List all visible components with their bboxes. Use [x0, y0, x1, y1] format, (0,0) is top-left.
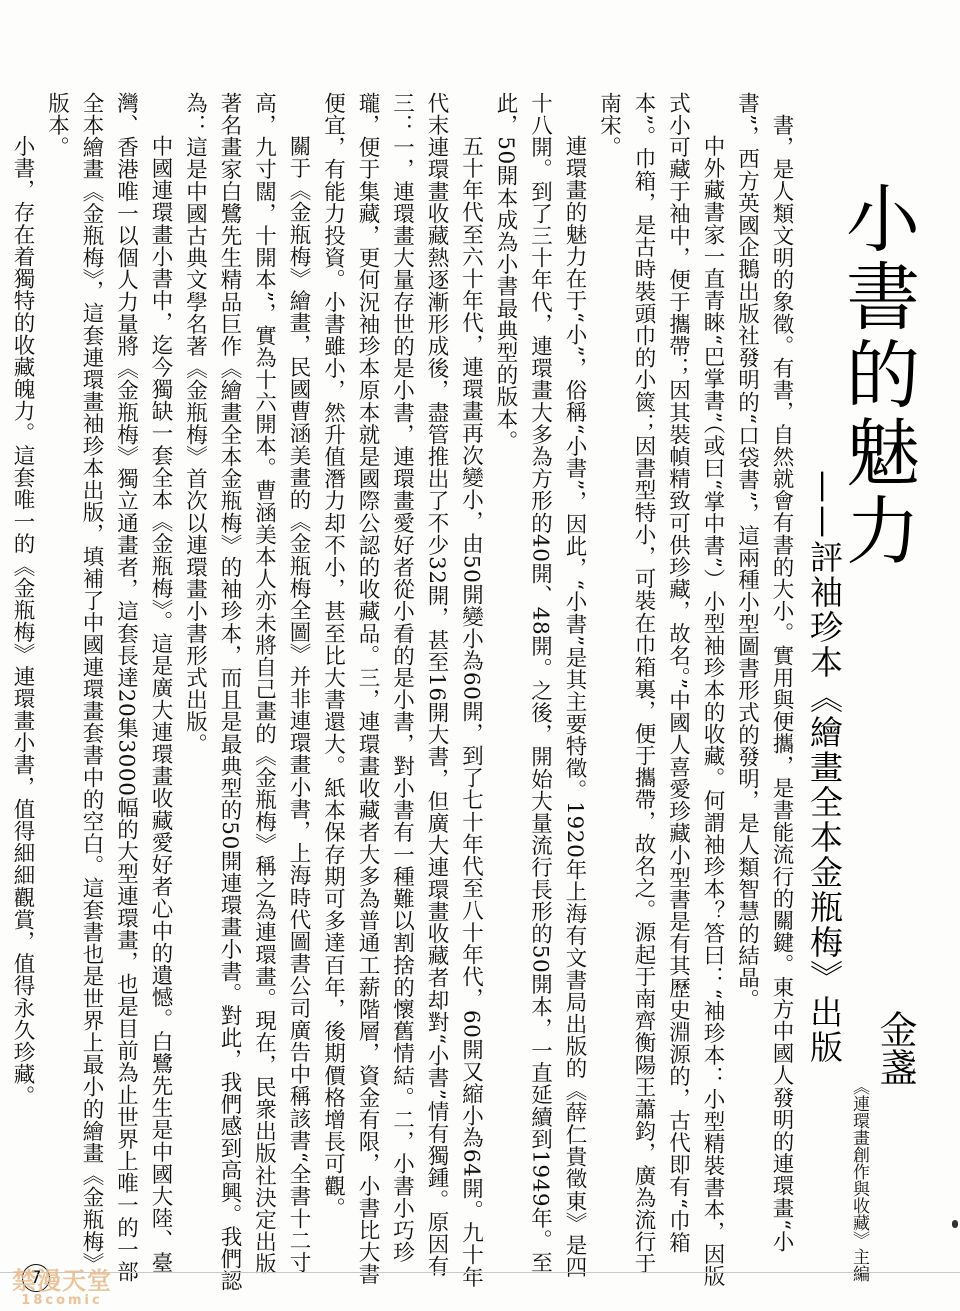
- paragraph: 中國連環畫小書中，迄今獨缺一套全本《金瓶梅》。這是廣大連環畫收藏愛好者心中的遺憾…: [39, 92, 177, 1292]
- watermark-logo: 禁漫天堂 18comic: [12, 1268, 112, 1308]
- paragraph: 五十年代至六十年代，連環畫再次變小，由50開變小為60開，到了七十年代至八十年代…: [315, 92, 488, 1292]
- paragraph: 關于《金瓶梅》繪畫，民國曹涵美畫的《金瓶梅全圖》并非連環畫小書，上海時代圖書公司…: [177, 92, 315, 1292]
- watermark-text-cn: 禁漫天堂: [12, 1268, 112, 1294]
- paragraph: 小書，存在着獨特的收藏魄力。這套唯一的《金瓶梅》連環畫小書，值得細細觀賞，值得永…: [5, 92, 40, 1292]
- article-body: 書，是人類文明的象徵。有書，自然就會有書的大小。實用與便攜，是書能流行的關鍵。東…: [78, 92, 798, 1292]
- bottom-divider: [0, 1272, 960, 1273]
- paragraph: 中外藏書家一直青睞“巴掌書”（或曰“掌中書”）小型袖珍本的收藏。何謂袖珍本？答曰…: [591, 92, 729, 1292]
- watermark-text-en: 18comic: [12, 1294, 112, 1308]
- scan-edge-mark: [952, 1220, 958, 1228]
- author-role: 《連環畫創作與收藏》主編: [850, 1078, 867, 1282]
- magazine-page: 小書的魅力 ——評袖珍本《繪畫全本金瓶梅》出版 金盞 《連環畫創作與收藏》主編 …: [0, 0, 960, 1311]
- paragraph: 書，是人類文明的象徵。有書，自然就會有書的大小。實用與便攜，是書能流行的關鍵。東…: [729, 92, 798, 1292]
- article-subtitle: ——評袖珍本《繪畫全本金瓶梅》出版: [808, 470, 841, 1065]
- article-title: 小書的魅力: [840, 180, 914, 570]
- paragraph: 連環畫的魅力在于“小”，俗稱“小書”，因此，“小書”是其主要特徵。1920年上海…: [488, 92, 592, 1292]
- author-name: 金盞: [876, 1010, 914, 1086]
